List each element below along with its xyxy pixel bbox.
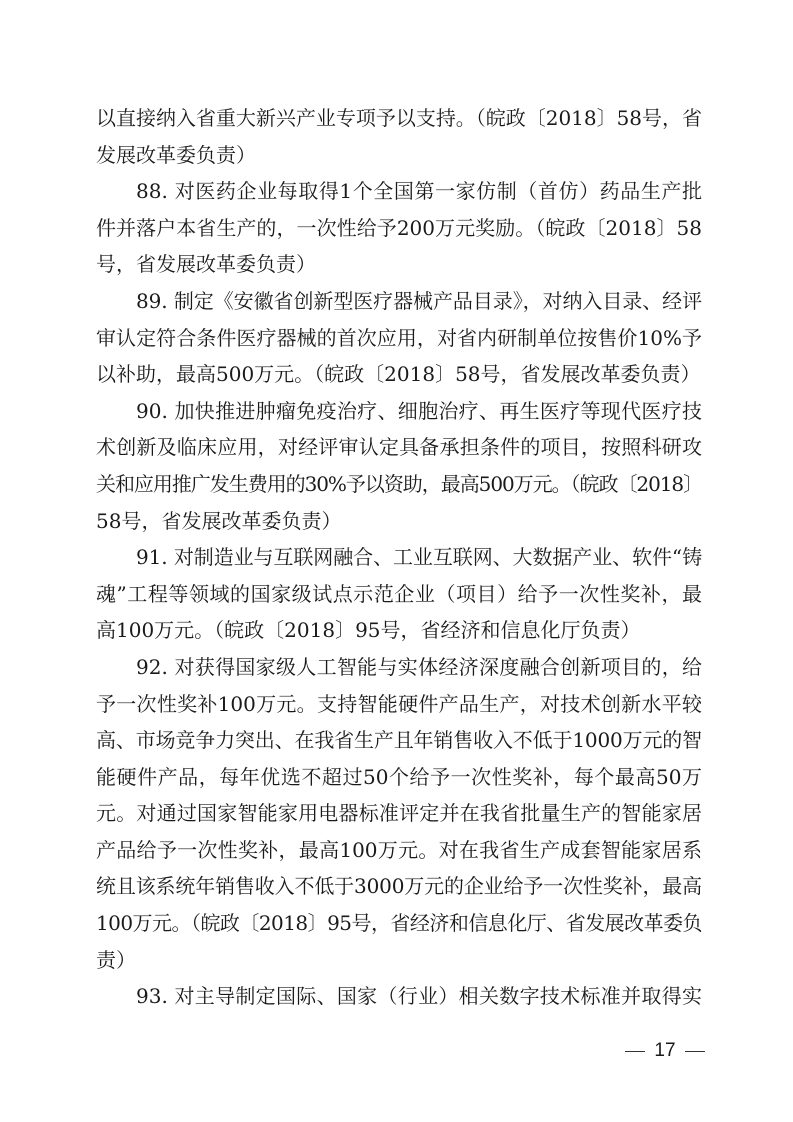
text-line: 92. 对获得国家级人工智能与实体经济深度融合创新项目的，给: [96, 649, 702, 686]
text-line: 能硬件产品，每年优选不超过50个给予一次性奖补，每个最高50万: [96, 759, 702, 796]
text-line: 高、市场竞争力突出、在我省生产且年销售收入不低于1000万元的智: [96, 722, 702, 759]
text-line: 以补助，最高500万元。（皖政〔2018〕58号，省发展改革委负责）: [96, 356, 702, 393]
text-line: 89. 制定《安徽省创新型医疗器械产品目录》，对纳入目录、经评: [96, 283, 702, 320]
document-body: 以直接纳入省重大新兴产业专项予以支持。（皖政〔2018〕58号，省发展改革委负责…: [96, 100, 702, 1015]
text-line: 魂”工程等领域的国家级试点示范企业（项目）给予一次性奖补，最: [96, 576, 702, 613]
text-line: 90. 加快推进肿瘤免疫治疗、细胞治疗、再生医疗等现代医疗技: [96, 393, 702, 430]
text-line: 关和应用推广发生费用的30%予以资助，最高500万元。（皖政〔2018〕: [96, 466, 702, 503]
text-line: 件并落户本省生产的，一次性给予200万元奖励。（皖政〔2018〕58: [96, 210, 702, 247]
page-number: 17: [654, 1040, 675, 1062]
text-line: 元。对通过国家智能家用电器标准评定并在我省批量生产的智能家居: [96, 795, 702, 832]
text-line: 58号，省发展改革委负责）: [96, 503, 702, 540]
text-line: 88. 对医药企业每取得1个全国第一家仿制（首仿）药品生产批: [96, 173, 702, 210]
text-line: 发展改革委负责）: [96, 137, 702, 174]
text-line: 高100万元。（皖政〔2018〕95号，省经济和信息化厅负责）: [96, 612, 702, 649]
text-line: 术创新及临床应用，对经评审认定具备承担条件的项目，按照科研攻: [96, 429, 702, 466]
text-line: 予一次性奖补100万元。支持智能硬件产品生产，对技术创新水平较: [96, 686, 702, 723]
left-dash-decoration: [625, 1051, 645, 1052]
text-line: 100万元。（皖政〔2018〕95号，省经济和信息化厅、省发展改革委负: [96, 905, 702, 942]
right-dash-decoration: [685, 1051, 705, 1052]
document-page: 以直接纳入省重大新兴产业专项予以支持。（皖政〔2018〕58号，省发展改革委负责…: [0, 0, 793, 1122]
text-line: 以直接纳入省重大新兴产业专项予以支持。（皖政〔2018〕58号，省: [96, 100, 702, 137]
text-line: 号，省发展改革委负责）: [96, 246, 702, 283]
page-number-footer: 17: [625, 1040, 705, 1062]
text-line: 91. 对制造业与互联网融合、工业互联网、大数据产业、软件“铸: [96, 539, 702, 576]
text-line: 责）: [96, 942, 702, 979]
text-line: 93. 对主导制定国际、国家（行业）相关数字技术标准并取得实: [96, 978, 702, 1015]
text-line: 审认定符合条件医疗器械的首次应用，对省内研制单位按售价10%予: [96, 320, 702, 357]
text-line: 统且该系统年销售收入不低于3000万元的企业给予一次性奖补，最高: [96, 868, 702, 905]
text-line: 产品给予一次性奖补，最高100万元。对在我省生产成套智能家居系: [96, 832, 702, 869]
